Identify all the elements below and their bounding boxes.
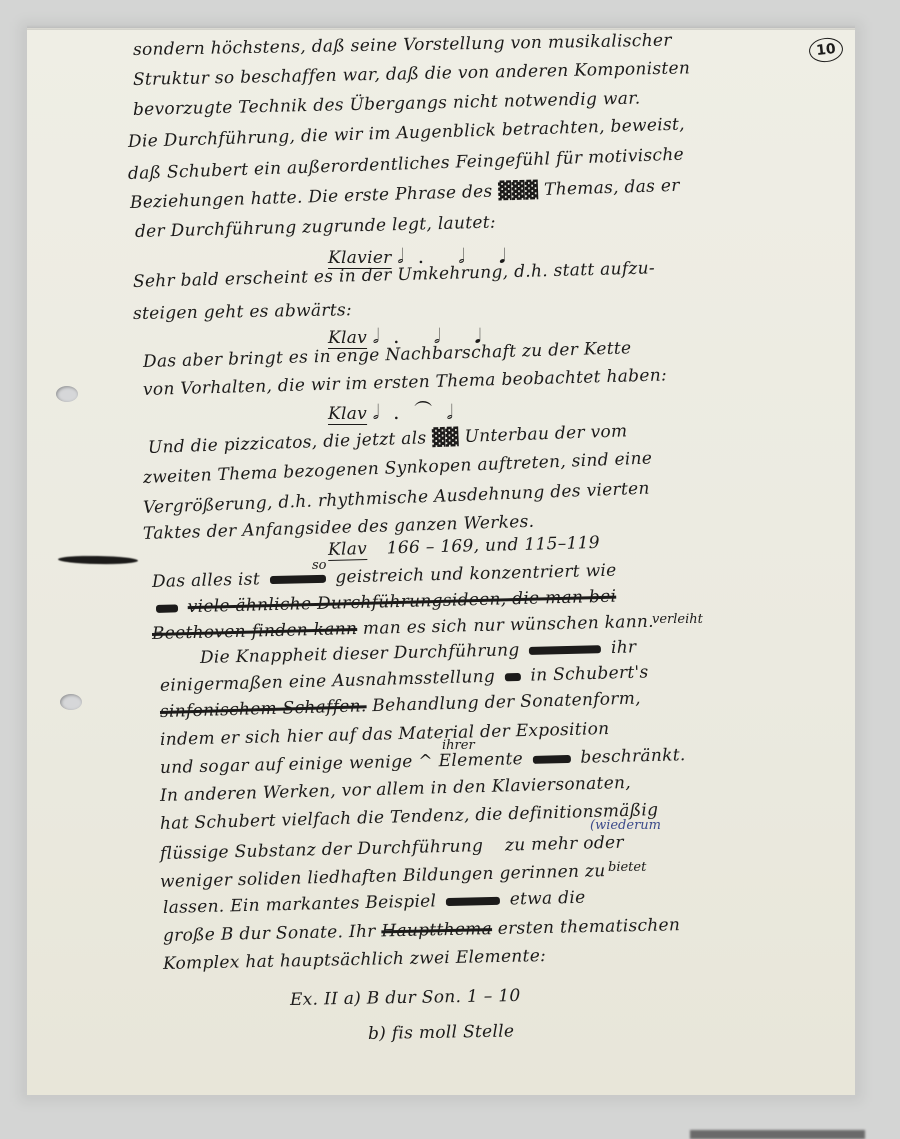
page-number-text: 10 [815,41,836,59]
punch-hole-lower [60,694,82,710]
text-segment: zu mehr oder [505,833,624,856]
example-3-label: Klav [328,404,367,424]
example-4-label: Klav [328,539,368,560]
struck-text: Hauptthema [381,919,492,941]
footer-example-a: Ex. II a) B dur Son. 1 – 10 [290,986,521,1010]
paper-top-edge [27,25,855,30]
punch-hole-upper [56,386,78,402]
crossed-out-word [270,574,326,583]
crossed-out-word [529,645,601,655]
text-line-9: steigen geht es abwärts: [133,300,352,324]
text-segment: Das alles ist [152,569,260,592]
crossed-out-word [446,896,500,905]
crossed-out-word [533,754,571,763]
text-segment: Elemente [438,749,523,771]
crossed-out-word [156,604,178,613]
text-segment: in Schubert's [530,662,649,685]
footer-example-b: b) fis moll Stelle [368,1021,515,1044]
text-segment: beschränkt. [580,745,686,768]
caret-mark: ^ [418,751,433,771]
text-segment: etwa die [509,888,585,910]
text-segment: ersten thematischen [498,915,681,939]
crossed-out-word [505,672,521,680]
example-3: Klav 𝅗𝅥.⁀𝅗𝅥 [328,400,467,424]
insert-verleiht: verleiht [652,612,703,627]
underlying-page-edge [690,1130,865,1139]
insert-bietet: bietet [608,860,646,875]
insert-wiederum: (wiederum [590,818,661,833]
music-notation-icon: 𝅗𝅥.⁀𝅗𝅥 [373,400,467,424]
text-segment: ihr [611,637,637,658]
